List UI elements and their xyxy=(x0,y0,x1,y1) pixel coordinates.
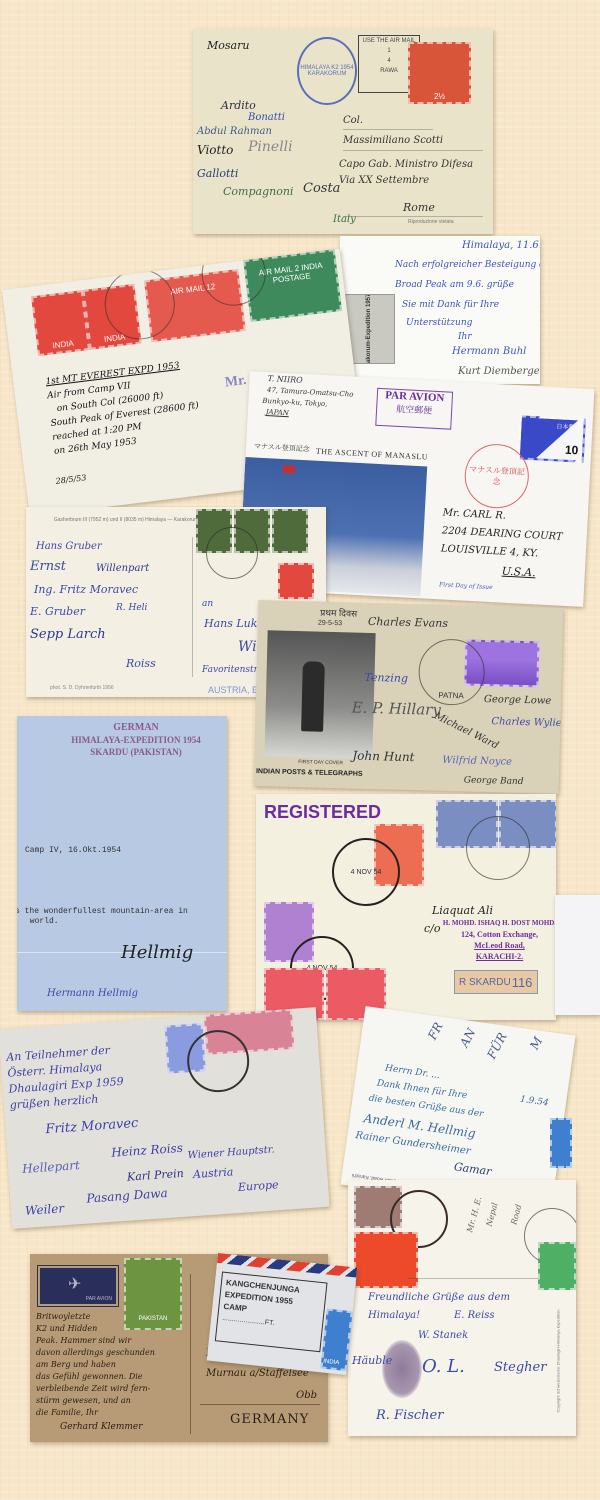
signature: Viotto xyxy=(197,143,233,157)
fdc-everest-india: प्रथम दिवस 29-5-53 FIRST DAY COVER INDIA… xyxy=(254,600,564,794)
address-line: U.S.A. xyxy=(501,565,535,580)
signature: E. Gruber xyxy=(30,605,85,618)
address-line: Murnau a/Staffelsee xyxy=(206,1368,309,1379)
signature: Karl Prein xyxy=(127,1167,185,1184)
banner-title: THE ASCENT OF MANASLU xyxy=(316,447,429,462)
signature: Ernst xyxy=(30,559,66,574)
handwritten-name: Liaquat Ali xyxy=(432,904,493,917)
address-line: McLeod Road, xyxy=(442,940,556,951)
signature: Compagnoni xyxy=(223,185,293,198)
cancel-text: マナスル登頂記念 xyxy=(465,464,528,489)
signature: Michael Ward xyxy=(432,710,500,751)
address-line: Austria xyxy=(193,1165,234,1181)
signature: E. P. Hillary xyxy=(351,699,441,719)
paper-slip xyxy=(555,895,600,1015)
reg-label-text: R SKARDU xyxy=(459,977,511,988)
signature: W. Stanek xyxy=(418,1330,468,1341)
signature: Wilfrid Noyce xyxy=(442,755,512,768)
sender-line: JAPAN xyxy=(266,408,289,417)
signature: Charles Evans xyxy=(368,615,448,630)
message-line: K2 und Hidden xyxy=(36,1324,97,1333)
message-line: verbleibende Zeit wird fern- xyxy=(36,1384,150,1393)
address-line: 124, Cotton Exchange, xyxy=(442,929,556,940)
signature: Tenzing xyxy=(364,671,408,685)
address-rule xyxy=(343,216,483,217)
date: 28/5/53 xyxy=(55,473,87,486)
banner-jp: マナスル登頂記念 xyxy=(254,441,310,454)
signature: Ing. Fritz Moravec xyxy=(34,583,138,596)
stamp-line: HIMALAYA-EXPEDITION 1954 xyxy=(61,734,211,746)
signature: Häuble xyxy=(352,1354,392,1367)
signature: Hermann Buhl xyxy=(452,346,526,357)
side-caption: Copyright Schweizerische Dhaulagiri-Hima… xyxy=(556,1293,561,1413)
reg-number: 116 xyxy=(512,975,533,990)
postmark-date: 4 NOV 54 xyxy=(351,869,382,876)
cachet-text: HIMALAYA K2 1954 KARAKORUM xyxy=(299,65,355,77)
registration-label: R SKARDU 116 xyxy=(454,970,538,994)
signature: Willenpart xyxy=(96,563,149,574)
stamp-india-red: INDIA xyxy=(31,290,90,356)
signature: Charles Wylie xyxy=(491,716,562,729)
address-line: KARACHI-2. xyxy=(442,951,556,962)
tenzing-photo xyxy=(264,630,375,759)
address-line: Wiener Hauptstr. xyxy=(187,1144,275,1161)
fdc-note: First Day of Issue xyxy=(439,581,493,591)
par-avion-box: PAR AVION 航空郵便 xyxy=(375,388,453,430)
signature: Hans Gruber xyxy=(36,541,102,552)
signature: Ardito xyxy=(221,99,256,112)
address-line: Obb xyxy=(296,1390,317,1401)
address-line: LOUISVILLE 4, KY. xyxy=(441,543,539,559)
signature: Hermann Hellmig xyxy=(47,988,138,999)
address-line: an xyxy=(202,599,213,609)
postcard-k2-italian: Mosaru HIMALAYA K2 1954 KARAKORUM USE TH… xyxy=(193,29,493,234)
address-line: Europe xyxy=(238,1178,279,1194)
signature: Costa xyxy=(303,181,340,196)
fingerprint xyxy=(382,1340,422,1398)
stamp-value: 10 xyxy=(565,443,579,458)
stamp-value: 2½ xyxy=(434,92,445,101)
sender-line: Bunkyo-ku, Tokyo, xyxy=(262,397,327,408)
letter-line: Unterstützung xyxy=(406,318,472,328)
handwritten-text: Mosaru xyxy=(207,39,249,52)
stamp-jp-text: 日本郵便 xyxy=(556,421,580,431)
expedition-cachet: HIMALAYA K2 1954 KARAKORUM xyxy=(297,37,357,105)
sender-line: T. NIIRO xyxy=(267,374,303,385)
stamp-pakistan-green: PAKISTAN xyxy=(124,1258,182,1330)
stamp-blue-edge xyxy=(550,1118,572,1168)
camp-date: Camp IV, 16.Okt.1954 xyxy=(25,846,121,855)
header-word: M xyxy=(527,1035,545,1052)
stamp-india-green xyxy=(538,1242,576,1290)
climber-figure xyxy=(301,661,325,732)
camp-stamp-box: KANGCHENJUNGA EXPEDITION 1955 CAMP .....… xyxy=(215,1272,328,1353)
card-divider xyxy=(190,1274,191,1434)
signature: R. Heli xyxy=(116,603,147,613)
stamp-line: SKARDU (PAKISTAN) xyxy=(61,746,211,758)
address-rule xyxy=(200,1404,320,1405)
header-word: FÜR xyxy=(484,1030,509,1061)
signature: John Hunt xyxy=(352,749,414,765)
message-line: Freundliche Grüße aus dem xyxy=(368,1292,510,1303)
signature: Gamar xyxy=(453,1160,492,1178)
greeting-line: grüßen herzlich xyxy=(9,1093,98,1112)
postcard-broad-peak: Himalaya, 11.6.57 Nach erfolgreicher Bes… xyxy=(340,236,540,384)
cover-dhaulagiri-1959: An Teilnehmer der Österr. Himalaya Dhaul… xyxy=(0,1007,330,1229)
postcard-swiss-dhaulagiri: Mr. H. E. Nepal Road Freundliche Grüße a… xyxy=(348,1180,576,1436)
sender-line: Road xyxy=(509,1203,523,1225)
message-line: am Berg und haben xyxy=(36,1360,116,1369)
signature: Weiler xyxy=(25,1201,65,1218)
stamp-pakistan-green xyxy=(272,509,308,553)
sender-line: Nepal xyxy=(485,1202,500,1228)
card-footer: phot. S. D. Dyhrenfurth 1956 xyxy=(50,685,114,691)
fdc-label: FIRST DAY COVER xyxy=(298,759,343,766)
expedition-rubber-stamp: GERMAN HIMALAYA-EXPEDITION 1954 SKARDU (… xyxy=(61,722,211,758)
message-line: Peak. Hammer sind wir xyxy=(36,1336,131,1345)
signature: Hellepart xyxy=(22,1158,81,1176)
message-line: das Gefühl gewonnen. Die xyxy=(36,1372,143,1381)
card-caption: Gasherbrum III (7952 m) und II (8035 m) … xyxy=(46,517,206,523)
postmark-patna: PATNA xyxy=(418,638,486,706)
kangchenjunga-label: KANGCHENJUNGA EXPEDITION 1955 CAMP .....… xyxy=(207,1253,358,1375)
letter-line: Ihr xyxy=(458,332,472,342)
fdc-footer: INDIAN POSTS & TELEGRAPHS xyxy=(256,768,363,778)
message-line: Britwoyletzte xyxy=(36,1312,90,1321)
signature: Pasang Dawa xyxy=(86,1186,168,1206)
sender-line: 47, Tamura-Omatsu-Cho xyxy=(267,386,354,399)
card-divider xyxy=(408,1278,538,1279)
signature: E. Reiss xyxy=(454,1310,495,1321)
stamp-nepal-orange xyxy=(354,1232,418,1288)
signature: Abdul Rahman xyxy=(197,126,272,137)
address-line: Col. xyxy=(343,115,363,126)
address-rule xyxy=(343,150,483,151)
signature: Pinelli xyxy=(248,139,293,155)
stamp-label: INDIA xyxy=(39,337,88,352)
signature: George Lowe xyxy=(484,694,552,707)
postmark-skardu: 4 NOV 54 xyxy=(332,838,400,906)
signature: Sepp Larch xyxy=(30,627,106,642)
stamp-pakistan-red xyxy=(278,563,314,599)
address-line: Via XX Settembre xyxy=(339,175,429,186)
letter-body: s the wonderfullest mountain-area in xyxy=(17,907,188,916)
signature: Heinz Roiss xyxy=(111,1141,183,1160)
fdc-hindi-head: प्रथम दिवस xyxy=(320,606,357,620)
message-line: stürm gewesen, und an xyxy=(36,1396,131,1405)
address-line: Capo Gab. Ministro Difesa xyxy=(339,159,473,170)
address-line: Rome xyxy=(403,201,435,214)
address-line: H. MOHD. ISHAQ H. DOST MOHD. xyxy=(442,918,556,929)
country-stamp: AUSTRIA, E xyxy=(208,685,258,695)
stamp-label: INDIA xyxy=(323,1359,340,1367)
letter-body: world. xyxy=(25,917,59,926)
postmark-text: PATNA xyxy=(438,690,464,700)
place-date: Himalaya, 11.6.57 xyxy=(462,240,540,251)
header-word: AN xyxy=(457,1026,478,1050)
message-line: davon allerdings geschunden xyxy=(36,1348,155,1357)
address-rule xyxy=(343,129,433,130)
signature: Bonatti xyxy=(248,112,285,123)
label-text: Karakorum-Expedition 1957 xyxy=(366,294,372,364)
signature: R. Fischer xyxy=(376,1408,443,1423)
signature: Hellmig xyxy=(121,942,193,963)
cover-registered-skardu: REGISTERED 4 NOV 54 4 NOV 54 Liaquat Ali… xyxy=(256,794,556,1020)
signature: Kurt Diemberger xyxy=(458,366,540,377)
airplane-icon: ✈ xyxy=(68,1274,81,1294)
signature: Fritz Moravec xyxy=(45,1116,139,1137)
address-line: GERMANY xyxy=(230,1412,309,1427)
par-avion-text: PAR AVION xyxy=(86,1296,112,1302)
registered-label: REGISTERED xyxy=(264,802,381,823)
signature: Gerhard Klemmer xyxy=(60,1422,143,1432)
address-line: Mr. CARL R. xyxy=(442,507,506,521)
address-block: H. MOHD. ISHAQ H. DOST MOHD. 124, Cotton… xyxy=(442,918,556,962)
postmark-skardu xyxy=(466,816,530,880)
signature: Gallotti xyxy=(197,167,238,180)
signature: Roiss xyxy=(126,657,156,670)
signature: George Band xyxy=(464,775,524,787)
letter-german-expedition: GERMAN HIMALAYA-EXPEDITION 1954 SKARDU (… xyxy=(17,716,227,1011)
sender-line: Mr. H. E. xyxy=(465,1196,483,1234)
card-divider xyxy=(192,537,193,677)
stamp-label: PAKISTAN xyxy=(126,1316,180,1322)
care-of: c/o xyxy=(424,922,441,935)
header-word: FR xyxy=(425,1020,446,1042)
signature: O. L. xyxy=(422,1356,465,1377)
message-line: die Familie, Ihr xyxy=(36,1408,98,1417)
stamp-label: AIR MAIL 2 INDIA POSTAGE xyxy=(258,261,323,285)
stamp-japan-manaslu: 日本郵便 10 xyxy=(518,415,586,462)
stamp-line: GERMAN xyxy=(61,722,211,734)
message-line: Herrn Dr. ... xyxy=(384,1063,440,1081)
date: 1.9.54 xyxy=(519,1095,549,1109)
message-line: Himalaya! xyxy=(368,1310,420,1321)
fdc-date: 29-5-53 xyxy=(318,620,342,628)
postmark xyxy=(206,527,258,579)
stamp-italy: 2½ xyxy=(408,42,471,104)
flag-icon xyxy=(283,465,295,474)
signature: Stegher xyxy=(494,1360,546,1375)
par-avion-label: ✈ PAR AVION xyxy=(38,1266,118,1306)
letter-line: Broad Peak am 9.6. grüße xyxy=(395,280,514,290)
address-line: 2204 DEARING COURT xyxy=(442,525,563,542)
letter-line: Nach erfolgreicher Besteigung des xyxy=(395,260,540,270)
letter-line: Sie mit Dank für Ihre xyxy=(402,300,499,310)
card-footer: Riproduzione vietata xyxy=(408,219,454,225)
address-line: Massimiliano Scotti xyxy=(343,135,443,146)
